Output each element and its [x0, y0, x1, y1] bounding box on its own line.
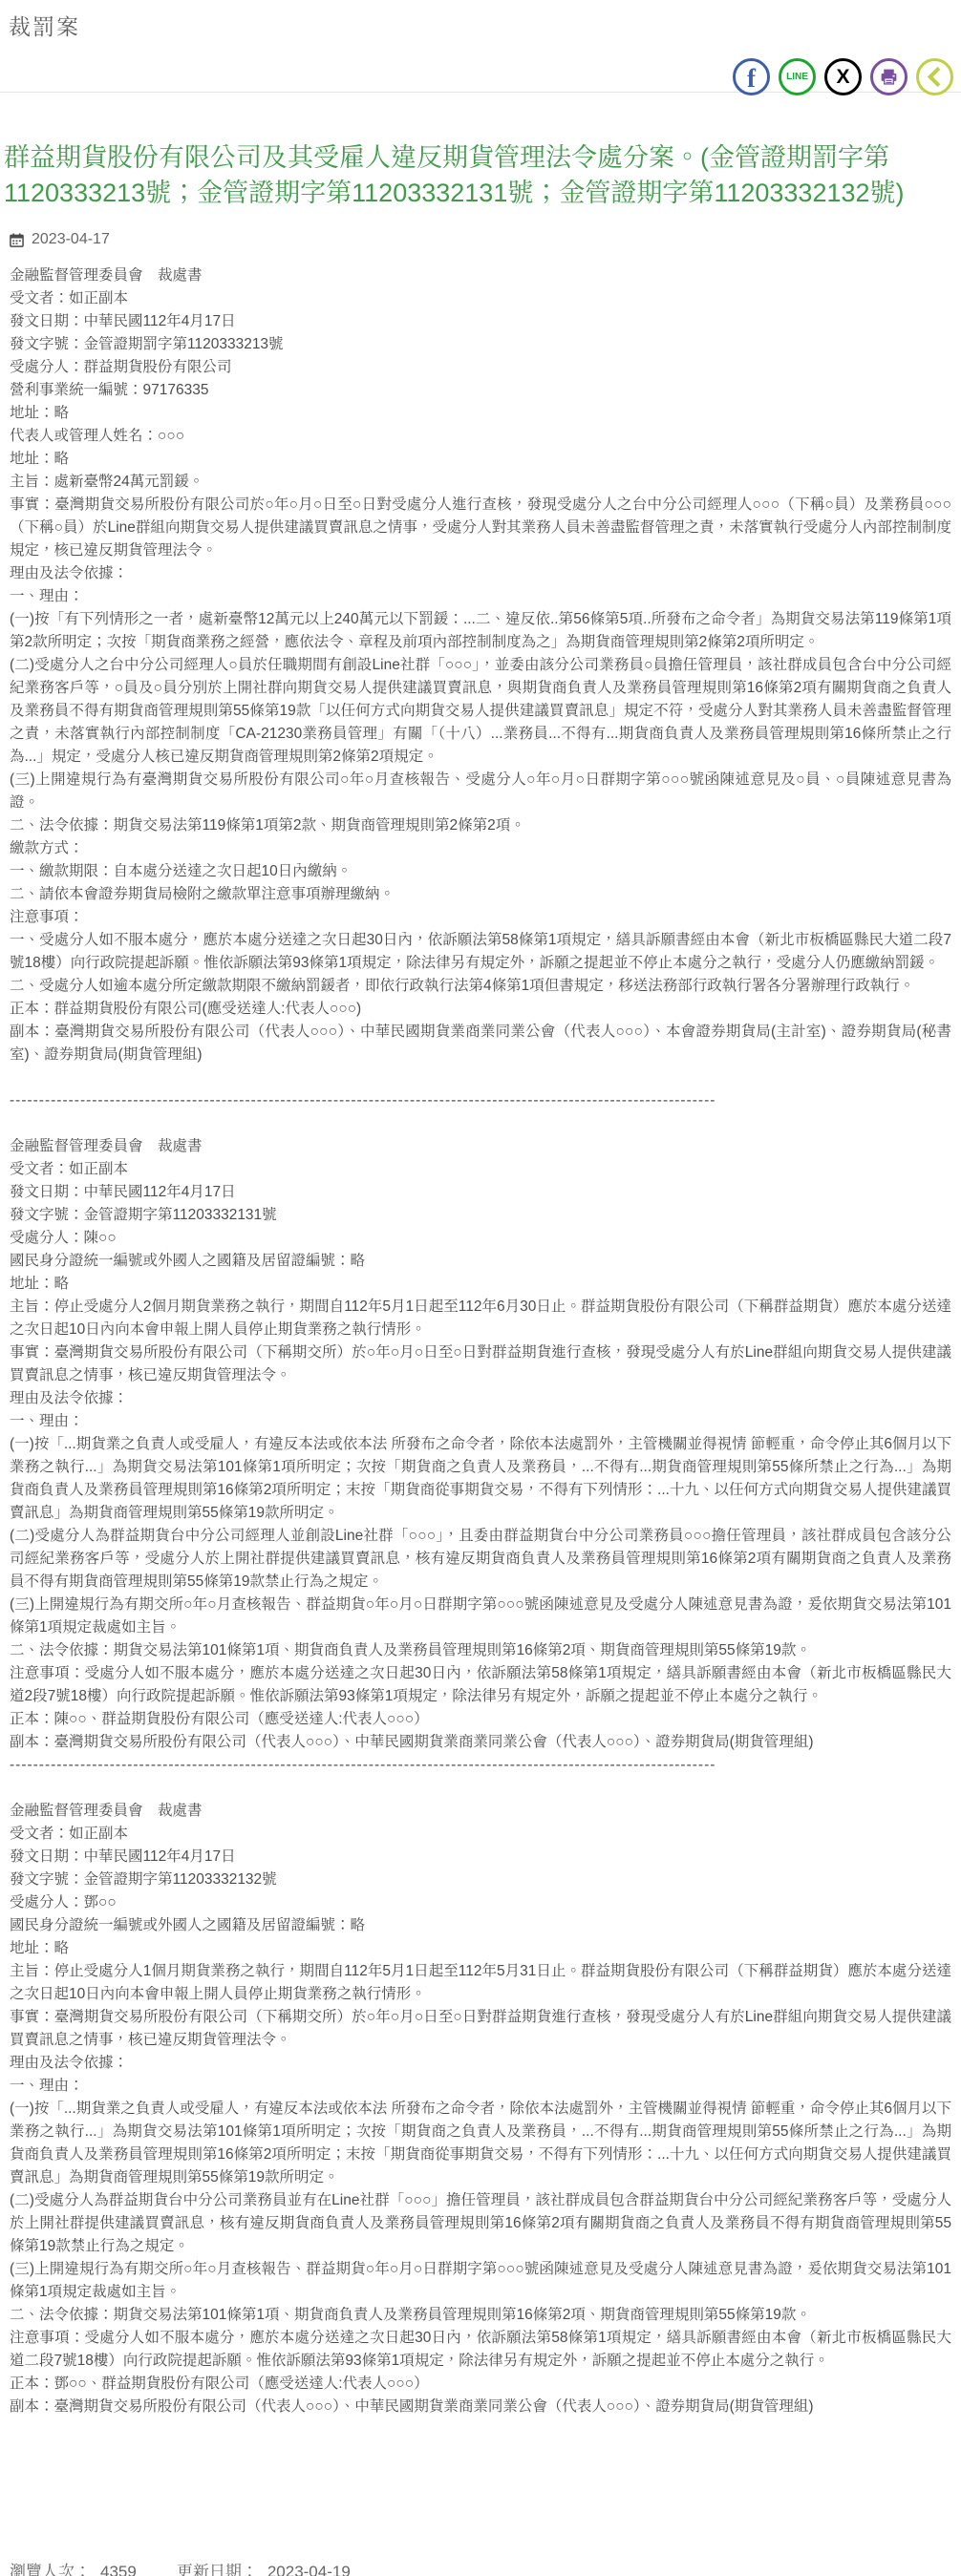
paragraph: 金融監督管理委員會 裁處書: [10, 1135, 951, 1158]
calendar-icon: [10, 233, 24, 247]
paragraph: 副本：臺灣期貨交易所股份有限公司（代表人○○○）、中華民國期貨業商業同業公會（代…: [10, 1021, 951, 1066]
paragraph: 理由及法令依據：: [10, 1387, 951, 1410]
paragraph: 發文字號：金管證期罰字第1120333213號: [10, 333, 951, 356]
updated-date: 2023-04-19: [267, 2563, 351, 2576]
blank-line: [10, 1112, 951, 1135]
paragraph: 正本：鄧○○、群益期貨股份有限公司（應受送達人:代表人○○○）: [10, 2373, 951, 2396]
paragraph: 理由及法令依據：: [10, 2052, 951, 2075]
paragraph: 繳款方式：: [10, 837, 951, 860]
visits-label: 瀏覽人次：: [10, 2563, 91, 2576]
paragraph: 二、受處分人如逾本處分所定繳款期限不繳納罰鍰者，即依行政執行法第4條第1項但書規…: [10, 975, 951, 998]
paragraph: (二)受處分人之台中分公司經理人○員於任職期間有創設Line社群「○○○」，並委…: [10, 654, 951, 769]
paragraph: 二、法令依據：期貨交易法第119條第1項第2款、期貨商管理規則第2條第2項。: [10, 814, 951, 837]
line-share-button[interactable]: LINE: [779, 58, 816, 95]
page-header: 裁罰案 f LINE X: [0, 0, 961, 93]
paragraph: 二、法令依據：期貨交易法第101條第1項、期貨商負責人及業務員管理規則第16條第…: [10, 2304, 951, 2327]
paragraph: 注意事項：受處分人如不服本處分，應於本處分送達之次日起30日內，依訴願法第58條…: [10, 1662, 951, 1708]
paragraph: 正本：群益期貨股份有限公司(應受送達人:代表人○○○): [10, 998, 951, 1021]
paragraph: 發文日期：中華民國112年4月17日: [10, 1846, 951, 1869]
paragraph: 地址：略: [10, 1937, 951, 1960]
paragraph: 正本：陳○○、群益期貨股份有限公司（應受送達人:代表人○○○）: [10, 1708, 951, 1731]
paragraph: (三)上開違規行為有臺灣期貨交易所股份有限公司○年○月查核報告、受處分人○年○月…: [10, 769, 951, 814]
paragraph: 注意事項：: [10, 906, 951, 929]
back-button[interactable]: [916, 58, 953, 95]
paragraph: 一、繳款期限：自本處分送達之次日起10日內繳納。: [10, 860, 951, 883]
paragraph: 地址：略: [10, 1273, 951, 1296]
paragraph: 主旨：停止受處分人2個月期貨業務之執行，期間自112年5月1日起至112年6月3…: [10, 1296, 951, 1341]
paragraph: 主旨：處新臺幣24萬元罰鍰。: [10, 471, 951, 494]
facebook-share-button[interactable]: f: [733, 58, 770, 95]
publish-date-row: 2023-04-17: [10, 231, 961, 248]
paragraph: 二、法令依據：期貨交易法第101條第1項、期貨商負責人及業務員管理規則第16條第…: [10, 1639, 951, 1662]
blank-line: [10, 1777, 951, 1800]
paragraph: (一)按「有下列情形之一者，處新臺幣12萬元以上240萬元以下罰鍰：...二、違…: [10, 608, 951, 654]
paragraph: (二)受處分人為群益期貨台中分公司經理人並創設Line社群「○○○」，且委由群益…: [10, 1525, 951, 1594]
paragraph: 發文字號：金管證期字第11203332131號: [10, 1204, 951, 1227]
paragraph: 事實：臺灣期貨交易所股份有限公司（下稱期交所）於○年○月○日至○日對群益期貨進行…: [10, 2006, 951, 2052]
publish-date: 2023-04-17: [32, 231, 110, 248]
paragraph: 國民身分證統一編號或外國人之國籍及居留證編號：略: [10, 1250, 951, 1273]
paragraph: 發文日期：中華民國112年4月17日: [10, 310, 951, 333]
updated-label: 更新日期：: [177, 2563, 258, 2576]
visits-count: 4359: [100, 2563, 137, 2576]
x-icon: X: [836, 67, 849, 87]
paragraph: 主旨：停止受處分人1個月期貨業務之執行，期間自112年5月1日起至112年5月3…: [10, 1960, 951, 2006]
paragraph: 營利事業統一編號：97176335: [10, 379, 951, 402]
share-toolbar: f LINE X: [733, 58, 953, 95]
paragraph: 事實：臺灣期貨交易所股份有限公司（下稱期交所）於○年○月○日至○日對群益期貨進行…: [10, 1341, 951, 1387]
paragraph: 事實：臺灣期貨交易所股份有限公司於○年○月○日至○日對受處分人進行查核，發現受處…: [10, 494, 951, 562]
paragraph: 受處分人：群益期貨股份有限公司: [10, 356, 951, 379]
paragraph: 一、理由：: [10, 1410, 951, 1433]
paragraph: 二、請依本會證券期貨局檢附之繳款單注意事項辦理繳納。: [10, 883, 951, 906]
paragraph: 金融監督管理委員會 裁處書: [10, 1800, 951, 1823]
paragraph: (二)受處分人為群益期貨台中分公司業務員並有在Line社群「○○○」擔任管理員，…: [10, 2189, 951, 2258]
paragraph: 注意事項：受處分人如不服本處分，應於本處分送達之次日起30日內，依訴願法第58條…: [10, 2327, 951, 2373]
chevron-left-icon: [927, 67, 947, 87]
paragraph: 受文者：如正副本: [10, 1158, 951, 1181]
paragraph: 受文者：如正副本: [10, 1823, 951, 1846]
x-share-button[interactable]: X: [824, 58, 862, 95]
paragraph: 一、受處分人如不服本處分，應於本處分送達之次日起30日內，依訴願法第58條第1項…: [10, 929, 951, 975]
paragraph: 理由及法令依據：: [10, 562, 951, 585]
paragraph: 發文字號：金管證期字第11203332132號: [10, 1869, 951, 1891]
print-button[interactable]: [870, 58, 908, 95]
facebook-icon: f: [747, 66, 756, 92]
paragraph: 副本：臺灣期貨交易所股份有限公司（代表人○○○）、中華民國期貨業商業同業公會（代…: [10, 1731, 951, 1754]
paragraph: 受文者：如正副本: [10, 287, 951, 310]
paragraph: 一、理由：: [10, 585, 951, 608]
paragraph: 金融監督管理委員會 裁處書: [10, 264, 951, 287]
paragraph: (三)上開違規行為有期交所○年○月查核報告、群益期貨○年○月○日群期字第○○○號…: [10, 1594, 951, 1639]
paragraph: 地址：略: [10, 402, 951, 425]
article-title: 群益期貨股份有限公司及其受雇人違反期貨管理法令處分案。(金管證期罰字第11203…: [4, 140, 953, 211]
page-title: 裁罰案: [9, 10, 80, 41]
paragraph: (一)按「...期貨業之負責人或受雇人，有違反本法或依本法 所發布之命令者，除依…: [10, 1433, 951, 1525]
penalty-case-page: { "page": { "title": "裁罰案" }, "share": {…: [0, 0, 961, 2576]
separator-line: ----------------------------------------…: [10, 1089, 951, 1112]
paragraph: (一)按「...期貨業之負責人或受雇人，有違反本法或依本法 所發布之命令者，除依…: [10, 2098, 951, 2189]
paragraph: 一、理由：: [10, 2075, 951, 2098]
separator-line: ----------------------------------------…: [10, 1754, 951, 1777]
page-footer: 瀏覽人次：4359更新日期：2023-04-19: [10, 2558, 351, 2576]
document-content: 金融監督管理委員會 裁處書受文者：如正副本發文日期：中華民國112年4月17日發…: [10, 264, 951, 2418]
paragraph: 受處分人：鄧○○: [10, 1891, 951, 1914]
paragraph: 代表人或管理人姓名：○○○: [10, 425, 951, 448]
paragraph: 地址：略: [10, 448, 951, 471]
blank-line: [10, 1066, 951, 1089]
line-icon: LINE: [786, 72, 808, 82]
paragraph: 國民身分證統一編號或外國人之國籍及居留證編號：略: [10, 1914, 951, 1937]
paragraph: (三)上開違規行為有期交所○年○月查核報告、群益期貨○年○月○日群期字第○○○號…: [10, 2258, 951, 2304]
paragraph: 發文日期：中華民國112年4月17日: [10, 1181, 951, 1204]
paragraph: 受處分人：陳○○: [10, 1227, 951, 1250]
printer-icon: [879, 67, 899, 87]
paragraph: 副本：臺灣期貨交易所股份有限公司（代表人○○○）、中華民國期貨業商業同業公會（代…: [10, 2396, 951, 2418]
